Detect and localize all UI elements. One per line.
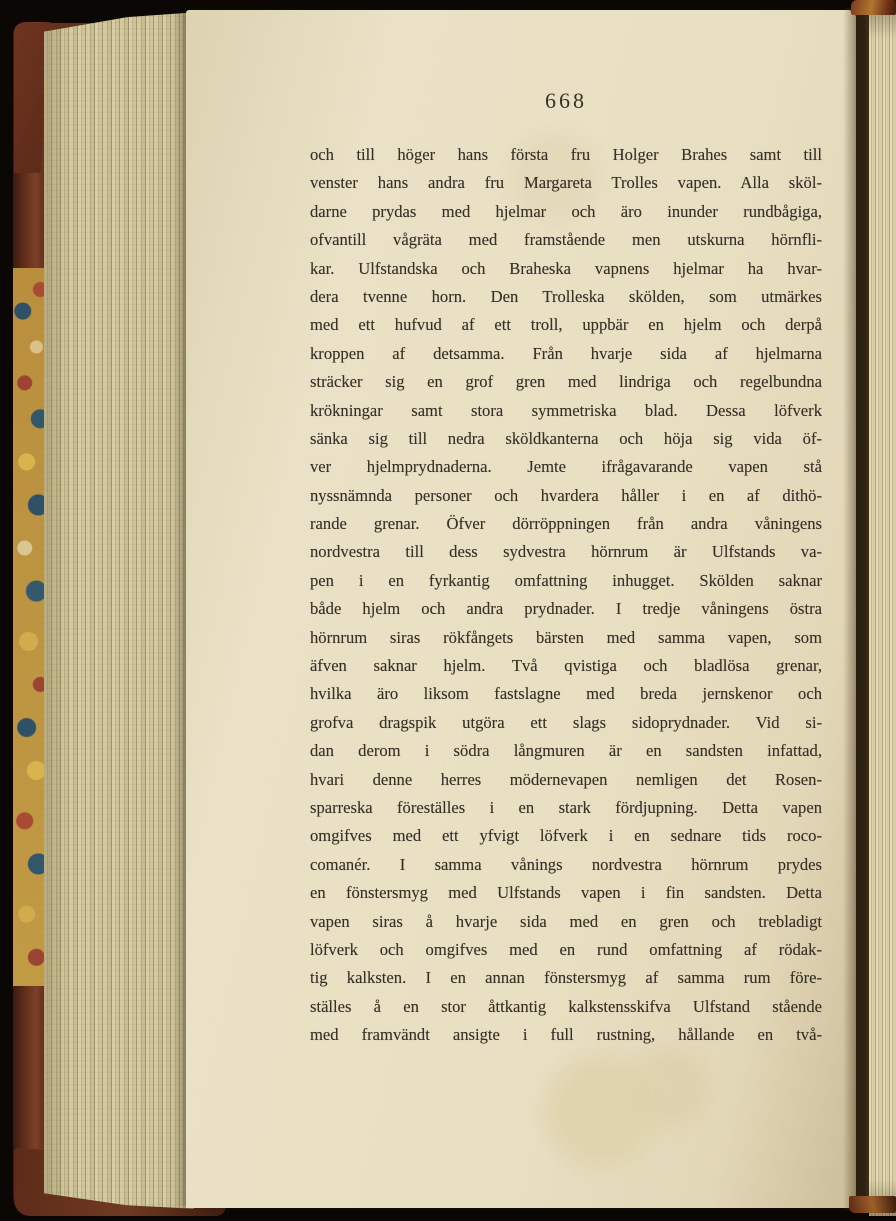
text-line: sträcker sig en grof gren med lindriga o…: [310, 368, 822, 396]
text-line: sparreska föreställes i en stark fördjup…: [310, 794, 822, 822]
text-line: kroppen af detsamma. Från hvarje sida af…: [310, 340, 822, 368]
text-line: löfverk och omgifves med en rund omfattn…: [310, 936, 822, 964]
text-line: venster hans andra fru Margareta Trolles…: [310, 169, 822, 197]
text-line: både hjelm och andra prydnader. I tredje…: [310, 595, 822, 623]
text-line: ver hjelmprydnaderna. Jemte ifrågavarand…: [310, 453, 822, 481]
text-line: comanér. I samma vånings nordvestra hörn…: [310, 851, 822, 879]
book-photo: 668 och till höger hans första fru Holge…: [0, 0, 896, 1221]
text-line: omgifves med ett yfvigt löfverk i en sed…: [310, 822, 822, 850]
text-line: pen i en fyrkantig omfattning inhugget. …: [310, 567, 822, 595]
text-line: ställes å en stor åttkantig kalkstensski…: [310, 993, 822, 1021]
text-line: äfven saknar hjelm. Två qvistiga och bla…: [310, 652, 822, 680]
text-line: med ett hufvud af ett troll, uppbär en h…: [310, 311, 822, 339]
text-line: dera tvenne horn. Den Trolleska skölden,…: [310, 283, 822, 311]
text-line: med framvändt ansigte i full rustning, h…: [310, 1021, 822, 1049]
spine-headband-bottom: [849, 1196, 896, 1213]
text-line: darne prydas med hjelmar och äro inunder…: [310, 198, 822, 226]
text-line: hörnrum siras rökfångets bärsten med sam…: [310, 624, 822, 652]
text-line: nyssnämnda personer och hvardera håller …: [310, 482, 822, 510]
text-line: ofvantill vågräta med framstående men ut…: [310, 226, 822, 254]
page-number: 668: [310, 88, 822, 114]
text-line: en fönstersmyg med Ulfstands vapen i fin…: [310, 879, 822, 907]
text-line: och till höger hans första fru Holger Br…: [310, 141, 822, 169]
page-stack-fore-edge: [44, 10, 194, 1210]
text-line: krökningar samt stora symmetriska blad. …: [310, 397, 822, 425]
text-line: sänka sig till nedra sköldkanterna och h…: [310, 425, 822, 453]
page-text: och till höger hans första fru Holger Br…: [310, 141, 822, 1050]
book-page: 668 och till höger hans första fru Holge…: [186, 10, 856, 1208]
text-line: kar. Ulfstandska och Braheska vapnens hj…: [310, 255, 822, 283]
text-line: grofva dragspik utgöra ett slags sidopry…: [310, 709, 822, 737]
text-line: tig kalksten. I en annan fönstersmyg af …: [310, 964, 822, 992]
text-line: vapen siras å hvarje sida med en gren oc…: [310, 908, 822, 936]
text-line: nordvestra till dess sydvestra hörnrum ä…: [310, 538, 822, 566]
text-line: dan derom i södra långmuren är en sandst…: [310, 737, 822, 765]
text-line: rande grenar. Öfver dörröppningen från a…: [310, 510, 822, 538]
text-line: hvilka äro liksom fastslagne med breda j…: [310, 680, 822, 708]
facing-page-fore-edge: [869, 2, 896, 1216]
text-line: hvari denne herres mödernevapen nemligen…: [310, 766, 822, 794]
spine-headband-top: [851, 0, 896, 15]
